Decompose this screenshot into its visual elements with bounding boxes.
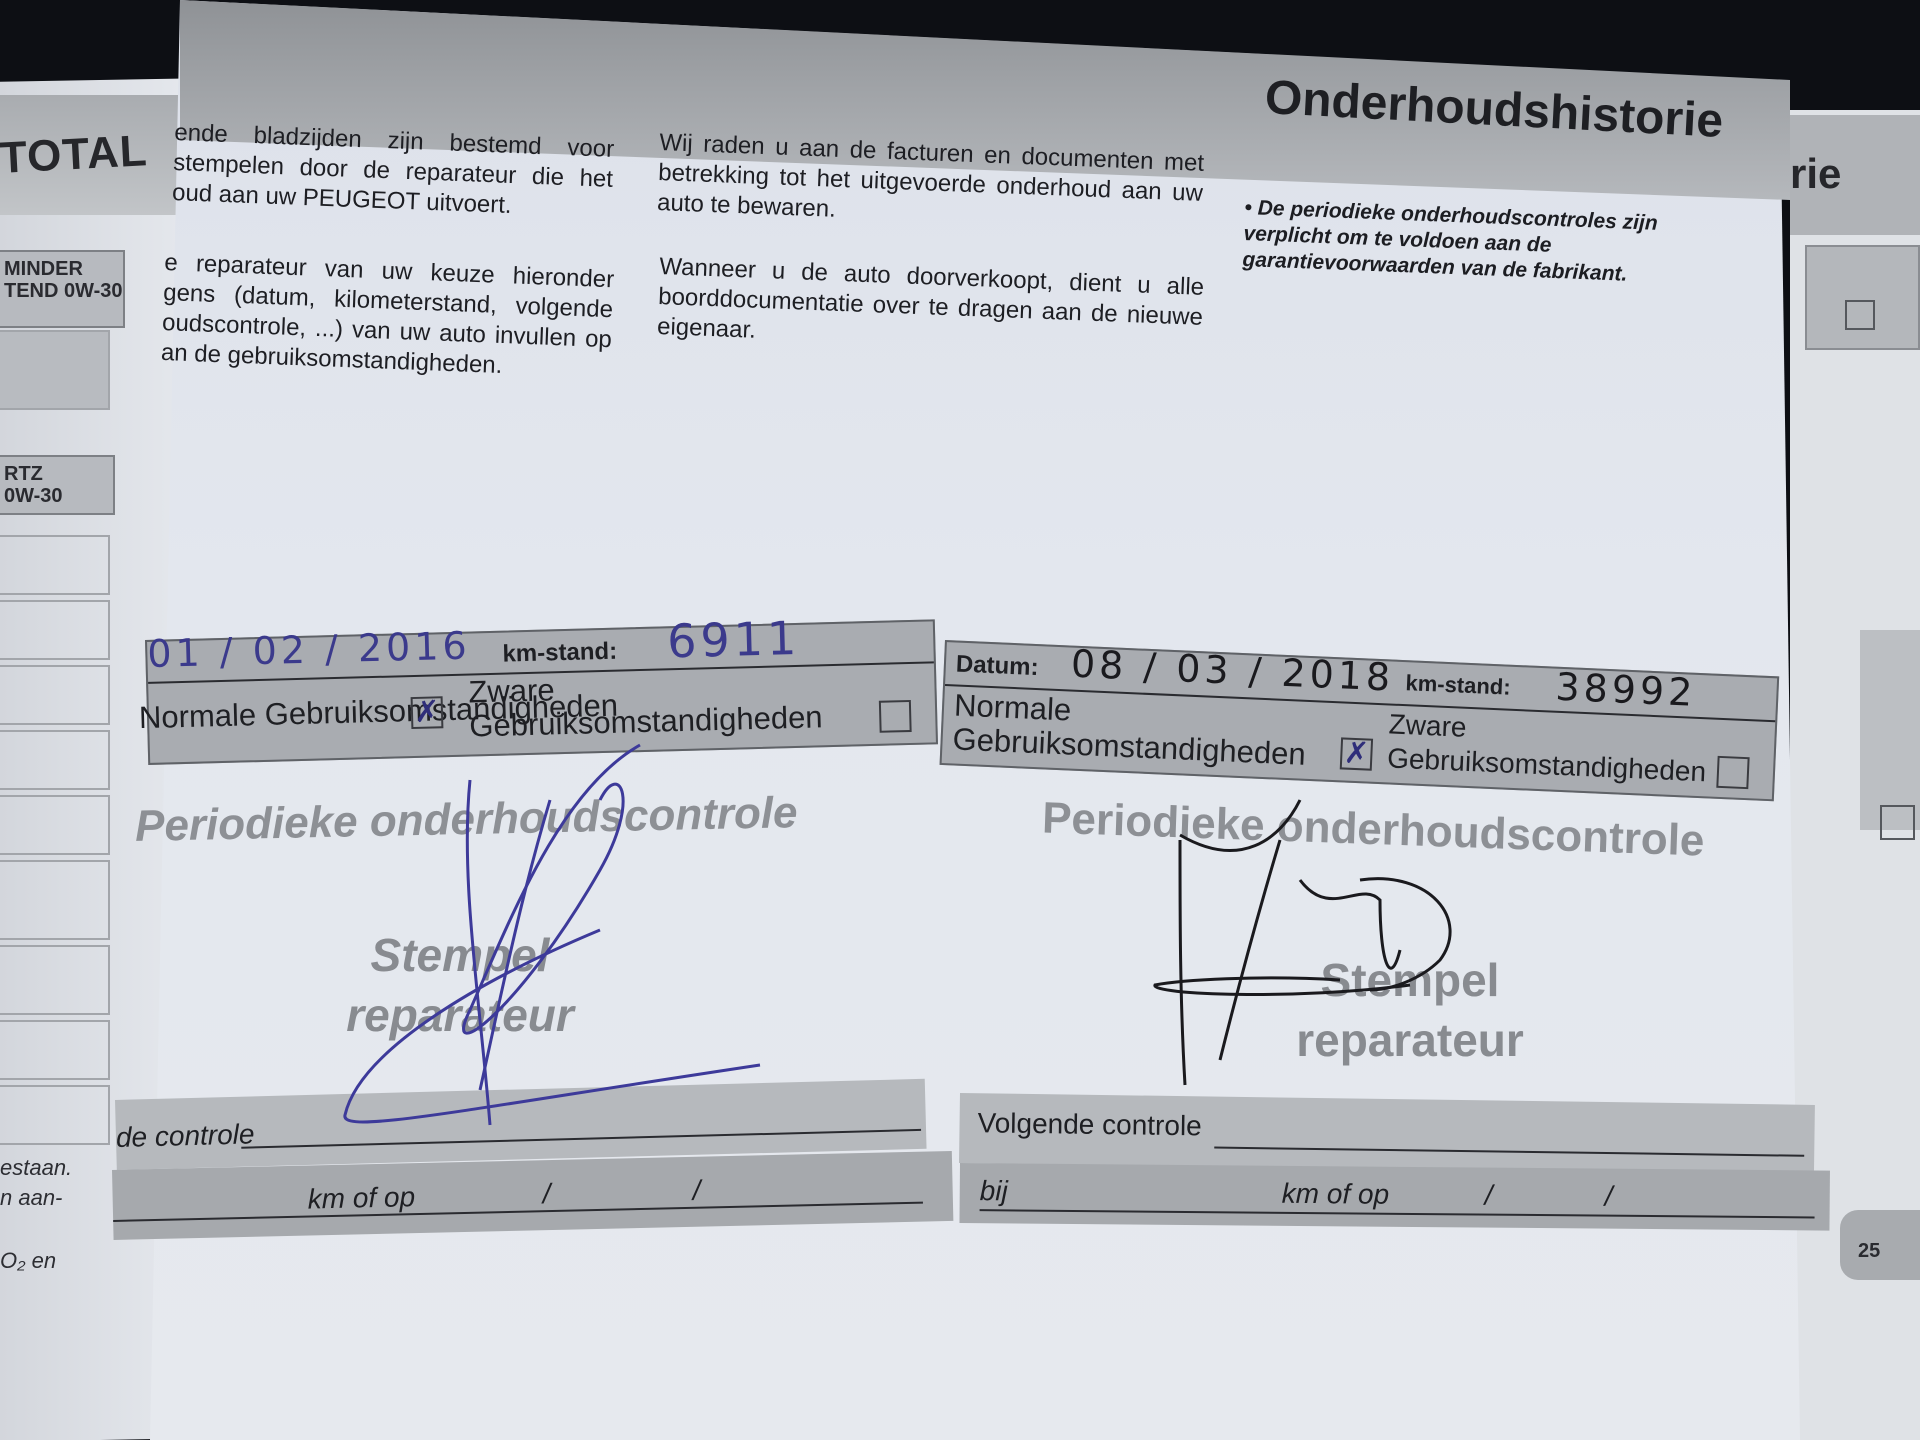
entry-2-normal-label: Normale Gebruiksomstandigheden — [952, 688, 1308, 771]
entry-2-normal-checkbox[interactable]: ✗ — [1340, 737, 1373, 770]
entry-2-stamp-label-2: reparateur — [1260, 1010, 1560, 1070]
entry-1-date-separator: / — [692, 1175, 701, 1207]
check-mark-icon: ✗ — [414, 698, 440, 727]
entry-1-km-value[interactable]: 6911 — [667, 611, 801, 668]
check-mark-icon: ✗ — [1343, 740, 1369, 769]
entry-1-normal-checkbox[interactable]: ✗ — [411, 696, 444, 729]
entry-2-km-label: km-stand: — [1405, 670, 1511, 701]
entry-1-heavy-label: Zware Gebruiksomstandigheden — [468, 666, 823, 743]
entry-1-heavy-checkbox[interactable] — [879, 700, 912, 733]
oil-box-empty — [0, 330, 110, 410]
entry-1-stamp-label-2: reparateur — [310, 985, 610, 1045]
entry-1-stamp-placeholder: Stempel reparateur — [310, 925, 610, 1045]
oil-box-1-line-1: MINDER — [4, 258, 123, 280]
empty-cell — [0, 665, 110, 725]
entry-2-date-label: Datum: — [955, 651, 1039, 683]
bullet-icon: • — [1244, 196, 1258, 219]
bullet-text: De periodieke onderhoudscontroles zijn v… — [1242, 197, 1658, 286]
entry-1-next-control-line[interactable] — [240, 1089, 921, 1149]
right-page-box — [1805, 245, 1920, 350]
total-logo: TOTAL — [0, 126, 149, 184]
page-number: 25 — [1858, 1240, 1880, 1263]
empty-cell — [0, 795, 110, 855]
left-note-3: O₂ en — [0, 1248, 56, 1274]
right-page-band — [1860, 630, 1920, 830]
entry-2-next-control-line[interactable] — [1214, 1107, 1805, 1157]
right-page-checkbox — [1880, 805, 1915, 840]
entry-2-km-value[interactable]: 38992 — [1555, 665, 1698, 715]
entry-2-date-separator: / — [1485, 1180, 1493, 1212]
empty-cell — [0, 730, 110, 790]
entry-2-km-or-date-line[interactable] — [980, 1169, 1815, 1218]
oil-box-2: RTZ 0W-30 — [0, 455, 115, 515]
empty-cell — [0, 860, 110, 940]
entry-1-date-separator: / — [542, 1178, 551, 1210]
oil-box-2-line-2: 0W-30 — [4, 485, 113, 507]
entry-2-km-or-on-label: km of op — [1282, 1178, 1390, 1211]
entry-1-date-value[interactable]: 01 / 02 / 2016 — [147, 623, 471, 675]
entry-1-km-or-date-line[interactable] — [112, 1162, 923, 1222]
intro-paragraph-2: e reparateur van uw keuze hieronder gens… — [160, 248, 614, 385]
left-note-1: estaan. — [0, 1155, 72, 1181]
entry-2-date-separator: / — [1605, 1181, 1613, 1213]
empty-cell — [0, 600, 110, 660]
empty-cell — [0, 1020, 110, 1080]
entry-1-km-label: km-stand: — [502, 638, 617, 669]
right-page-checkbox — [1845, 300, 1875, 330]
entry-2-heavy-label: Zware Gebruiksomstandigheden — [1387, 707, 1709, 789]
entry-1-stamp-label-1: Stempel — [310, 925, 610, 985]
empty-cell — [0, 535, 110, 595]
entry-2-km-or-date-band: bij km of op / / — [959, 1163, 1829, 1231]
empty-cell — [0, 1085, 110, 1145]
entry-2-next-control-label: Volgende controle — [977, 1107, 1202, 1142]
empty-cell — [0, 945, 110, 1015]
entry-1-km-or-on-label: km of op — [307, 1181, 415, 1215]
intro-paragraph-1: ende bladzijden zijn bestemd voor stempe… — [172, 118, 615, 225]
left-note-2: n aan- — [0, 1185, 62, 1211]
right-page-title-fragment: rie — [1790, 150, 1841, 198]
entry-2-heavy-checkbox[interactable] — [1716, 756, 1749, 789]
entry-2-bij-label: bij — [980, 1175, 1008, 1207]
oil-box-1: MINDER TEND 0W-30 — [0, 250, 125, 328]
oil-box-2-line-1: RTZ — [4, 463, 113, 485]
entry-2-stamp-placeholder: Stempel reparateur — [1260, 950, 1560, 1070]
entry-1-header-form: 01 / 02 / 2016 km-stand: 6911 Normale Ge… — [145, 619, 938, 765]
entry-2-next-control-band: Volgende controle — [959, 1093, 1815, 1175]
entry-1-heavy-label-2: Gebruiksomstandigheden — [469, 700, 823, 743]
oil-box-1-line-2: TEND 0W-30 — [4, 280, 123, 302]
entry-2-stamp-label-1: Stempel — [1260, 950, 1560, 1010]
entry-1-next-control-label: de controle — [116, 1118, 255, 1154]
